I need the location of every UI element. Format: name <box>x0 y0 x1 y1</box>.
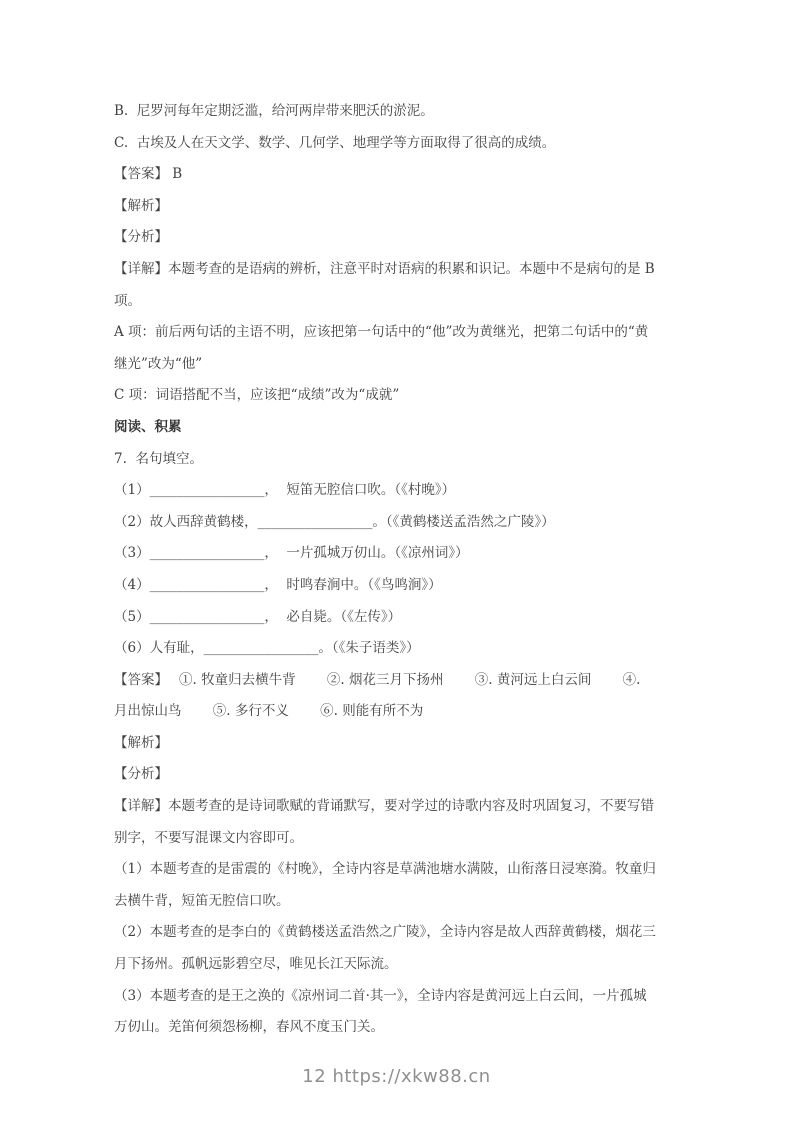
answer-q7-line2: 月出惊山鸟 ⑤. 多行不义 ⑥. 则能有所不为 <box>114 696 680 728</box>
blank-item-1: （1）_________________， 短笛无腔信口吹。（《村晚》） <box>114 475 680 507</box>
item-a-analysis-line2: 继光”改为“他” <box>114 349 680 381</box>
page-number: 12 <box>302 1066 326 1087</box>
section-heading: 阅读、积累 <box>114 412 680 444</box>
page-footer: 12 https://xkw88.cn <box>0 1066 793 1087</box>
analysis-2-line1: （2）本题考查的是李白的《黄鹤楼送孟浩然之广陵》，全诗内容是故人西辞黄鹤楼，烟花… <box>114 917 680 949</box>
blank-item-5: （5）_________________， 必自毙。（《左传》） <box>114 602 680 634</box>
xiangjie-q7-line2: 别字，不要写混课文内容即可。 <box>114 823 680 855</box>
xiangjie-q6-line1: 【详解】本题考查的是语病的辨析，注意平时对语病的积累和识记。本题中不是病句的是 … <box>114 254 680 286</box>
analysis-3-line2: 万仞山。羌笛何须怨杨柳，春风不度玉门关。 <box>114 1012 680 1044</box>
xiangjie-q6-line2: 项。 <box>114 286 680 318</box>
blank-item-2: （2）故人西辞黄鹤楼，_________________。（《黄鹤楼送孟浩然之广… <box>114 507 680 539</box>
blank-item-4: （4）_________________， 时鸣春涧中。（《鸟鸣涧》） <box>114 570 680 602</box>
fenxi-label-q7: 【分析】 <box>114 759 680 791</box>
answer-q7-line1: 【答案】 ①. 牧童归去横牛背 ②. 烟花三月下扬州 ③. 黄河远上白云间 ④. <box>114 665 680 697</box>
item-c-analysis: C 项：词语搭配不当，应该把“成绩”改为“成就” <box>114 380 680 412</box>
xiangjie-q7-line1: 【详解】本题考查的是诗词歌赋的背诵默写，要对学过的诗歌内容及时巩固复习，不要写错 <box>114 791 680 823</box>
footer-url: https://xkw88.cn <box>332 1066 490 1087</box>
analysis-1-line1: （1）本题考查的是雷震的《村晚》，全诗内容是草满池塘水满陂，山衔落日浸寒漪。牧童… <box>114 854 680 886</box>
analysis-1-line2: 去横牛背，短笛无腔信口吹。 <box>114 886 680 918</box>
option-b: B. 尼罗河每年定期泛滥，给河两岸带来肥沃的淤泥。 <box>114 96 680 128</box>
fenxi-label-q6: 【分析】 <box>114 222 680 254</box>
question-7-title: 7. 名句填空。 <box>114 444 680 476</box>
answer-q6: 【答案】 B <box>114 159 680 191</box>
jiexi-label-q7: 【解析】 <box>114 728 680 760</box>
analysis-3-line1: （3）本题考查的是王之涣的《凉州词二首·其一》，全诗内容是黄河远上白云间，一片孤… <box>114 981 680 1013</box>
blank-item-3: （3）_________________， 一片孤城万仞山。（《凉州词》） <box>114 538 680 570</box>
item-a-analysis-line1: A 项：前后两句话的主语不明，应该把第一句话中的“他”改为黄继光，把第二句话中的… <box>114 317 680 349</box>
blank-item-6: （6）人有耻，_________________。（《朱子语类》） <box>114 633 680 665</box>
analysis-2-line2: 月下扬州。孤帆远影碧空尽，唯见长江天际流。 <box>114 949 680 981</box>
document-content: B. 尼罗河每年定期泛滥，给河两岸带来肥沃的淤泥。C. 古埃及人在天文学、数学、… <box>114 96 680 1044</box>
jiexi-label-q6: 【解析】 <box>114 191 680 223</box>
option-c: C. 古埃及人在天文学、数学、几何学、地理学等方面取得了很高的成绩。 <box>114 128 680 160</box>
